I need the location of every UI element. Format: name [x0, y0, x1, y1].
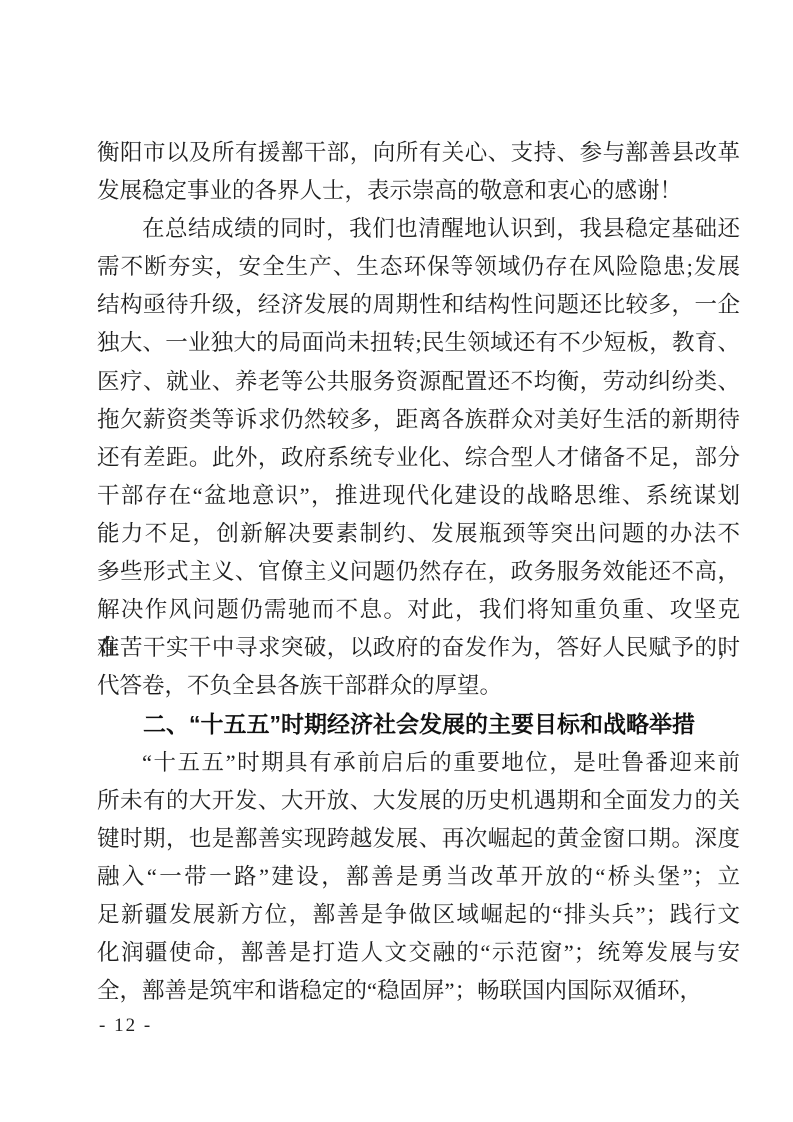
- text-line: 解决作风问题仍需驰而不息。对此，我们将知重负重、攻坚克难，: [97, 591, 740, 629]
- text-line: “十五五”时期具有承前启后的重要地位，是吐鲁番迎来前: [97, 744, 740, 782]
- text-line: 发展稳定事业的各界人士，表示崇高的敬意和衷心的感谢！: [97, 172, 740, 210]
- text-line: 融入“一带一路”建设，鄯善是勇当改革开放的“桥头堡”；立: [97, 858, 740, 896]
- page-number: - 12 -: [99, 1013, 152, 1039]
- text-line: 衡阳市以及所有援鄯干部，向所有关心、支持、参与鄯善县改革: [97, 134, 740, 172]
- document-body: 衡阳市以及所有援鄯干部，向所有关心、支持、参与鄯善县改革 发展稳定事业的各界人士…: [97, 134, 740, 1010]
- section-heading: 二、“十五五”时期经济社会发展的主要目标和战略举措: [97, 705, 740, 743]
- text-line: 足新疆发展新方位，鄯善是争做区域崛起的“排头兵”；践行文: [97, 896, 740, 934]
- text-line: 键时期，也是鄯善实现跨越发展、再次崛起的黄金窗口期。深度: [97, 820, 740, 858]
- text-line: 能力不足，创新解决要素制约、发展瓶颈等突出问题的办法不多，: [97, 515, 740, 553]
- text-line: 在苦干实干中寻求突破，以政府的奋发作为，答好人民赋予的时: [97, 629, 740, 667]
- text-line: 全，鄯善是筑牢和谐稳定的“稳固屏”；畅联国内国际双循环，: [97, 972, 740, 1010]
- text-line: 拖欠薪资类等诉求仍然较多，距离各族群众对美好生活的新期待: [97, 401, 740, 439]
- text-line: 需不断夯实，安全生产、生态环保等领域仍存在风险隐患;发展: [97, 248, 740, 286]
- text-line: 化润疆使命，鄯善是打造人文交融的“示范窗”；统筹发展与安: [97, 934, 740, 972]
- text-line: 医疗、就业、养老等公共服务资源配置还不均衡，劳动纠纷类、: [97, 363, 740, 401]
- text-line: 一些形式主义、官僚主义问题仍然存在，政务服务效能还不高，: [97, 553, 740, 591]
- text-line: 结构亟待升级，经济发展的周期性和结构性问题还比较多，一企: [97, 286, 740, 324]
- text-line: 所未有的大开发、大开放、大发展的历史机遇期和全面发力的关: [97, 782, 740, 820]
- text-line: 独大、一业独大的局面尚未扭转;民生领域还有不少短板，教育、: [97, 324, 740, 362]
- text-line: 干部存在“盆地意识”，推进现代化建设的战略思维、系统谋划: [97, 477, 740, 515]
- text-line: 还有差距。此外，政府系统专业化、综合型人才储备不足，部分: [97, 439, 740, 477]
- text-line: 在总结成绩的同时，我们也清醒地认识到，我县稳定基础还: [97, 210, 740, 248]
- text-line: 代答卷，不负全县各族干部群众的厚望。: [97, 667, 740, 705]
- document-page: 衡阳市以及所有援鄯干部，向所有关心、支持、参与鄯善县改革 发展稳定事业的各界人士…: [0, 0, 793, 1122]
